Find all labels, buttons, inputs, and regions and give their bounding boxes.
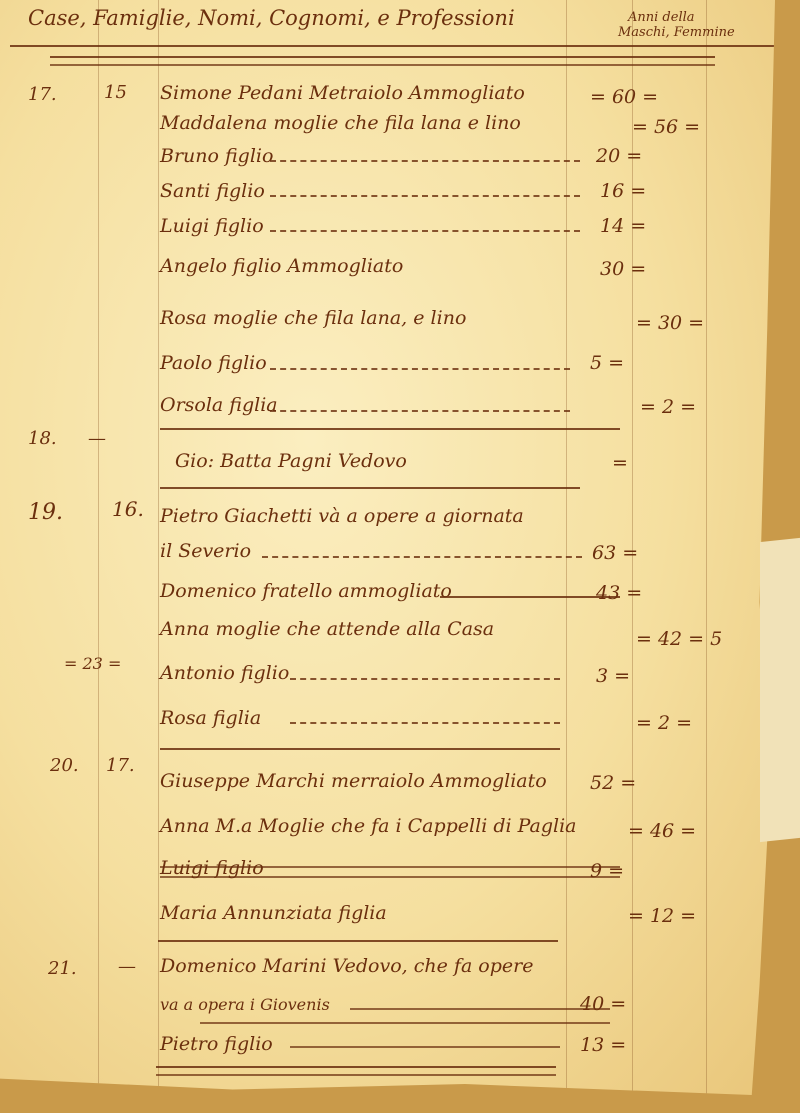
dash-fill xyxy=(350,1008,610,1010)
column-rule xyxy=(706,0,707,1095)
header-rule xyxy=(50,64,715,66)
entry-age-female: = 42 = 5 xyxy=(636,628,722,650)
closing-rule xyxy=(156,1074,556,1076)
entry-age: 30 = xyxy=(600,258,646,280)
entry-age-female: = 12 = xyxy=(628,905,696,927)
famiglia-number: 16. xyxy=(112,497,144,521)
entry-age-female: = 2 = xyxy=(640,396,696,418)
casa-number: 18. xyxy=(28,428,57,449)
entry-name: Giuseppe Marchi merraiolo Ammogliato xyxy=(160,770,547,792)
entry-age: 13 = xyxy=(580,1034,626,1056)
entry-name: Simone Pedani Metraiolo Ammogliato xyxy=(160,82,525,104)
entry-name: Angelo figlio Ammogliato xyxy=(160,255,403,277)
famiglia-number: — xyxy=(88,428,106,449)
entry-name: Domenico fratello ammogliato xyxy=(160,580,452,602)
entry-name: Paolo figlio xyxy=(160,352,267,374)
closing-rule xyxy=(156,1066,556,1068)
strike-line xyxy=(200,1022,610,1024)
entry-name: Domenico Marini Vedovo, che fa opere xyxy=(160,955,533,977)
dash-fill xyxy=(290,678,560,680)
strike-line xyxy=(160,876,620,878)
column-rule xyxy=(566,0,567,1095)
casa-number: 17. xyxy=(28,84,57,105)
entry-age: = xyxy=(612,452,628,474)
dash-fill xyxy=(270,195,580,197)
dash-fill xyxy=(270,160,580,162)
entry-name: Maria Annunziata figlia xyxy=(160,902,387,924)
household-separator xyxy=(160,428,620,430)
margin-note: = 23 = xyxy=(64,654,121,673)
entry-age: 5 = xyxy=(590,352,624,374)
entry-name: Anna moglie che attende alla Casa xyxy=(160,618,494,640)
entry-name: Anna M.a Moglie che fa i Cappelli di Pag… xyxy=(160,815,577,837)
entry-name: Bruno figlio xyxy=(160,145,273,167)
entry-name: il Severio xyxy=(160,540,251,562)
entry-name: Pietro Giachetti và a opere a giornata xyxy=(160,505,524,527)
entry-age-female: = 56 = xyxy=(632,116,700,138)
entry-name: Pietro figlio xyxy=(160,1033,273,1055)
casa-number: 20. xyxy=(50,755,79,776)
header-rule xyxy=(50,56,715,58)
entry-age: 14 = xyxy=(600,215,646,237)
strike-line xyxy=(160,866,620,868)
entry-name: Rosa figlia xyxy=(160,707,261,729)
age-heading-line2: Maschi, Femmine xyxy=(618,25,735,40)
famiglia-number: 17. xyxy=(106,755,135,776)
entry-age: = 60 = xyxy=(590,86,658,108)
entry-age: 40 = xyxy=(580,993,626,1015)
famiglia-number: 15 xyxy=(104,82,127,103)
entry-name: va a opera i Giovenis xyxy=(160,995,330,1014)
entry-age: 9 = xyxy=(590,860,624,882)
dash-fill xyxy=(262,556,582,558)
column-headings: Case, Famiglie, Nomi, Cognomi, e Profess… xyxy=(28,6,515,30)
entry-age: 20 = xyxy=(596,145,642,167)
entry-age: 16 = xyxy=(600,180,646,202)
entry-name: Orsola figlia xyxy=(160,394,278,416)
dash-fill xyxy=(270,368,570,370)
entry-age-female: = 2 = xyxy=(636,712,692,734)
age-heading-line1: Anni della xyxy=(618,10,735,25)
dash-fill xyxy=(270,230,580,232)
dash-fill xyxy=(270,410,570,412)
household-separator xyxy=(160,748,560,750)
underlying-page-edge xyxy=(760,538,800,842)
household-separator xyxy=(158,940,558,942)
entry-name: Maddalena moglie che fila lana e lino xyxy=(160,112,521,134)
entry-age: 3 = xyxy=(596,665,630,687)
entry-age: 43 = xyxy=(596,582,642,604)
casa-number: 19. xyxy=(28,500,63,525)
manuscript-page: Case, Famiglie, Nomi, Cognomi, e Profess… xyxy=(0,0,775,1095)
strike-line xyxy=(440,596,620,598)
column-rule xyxy=(158,0,159,1095)
entry-age: 63 = xyxy=(592,542,638,564)
entry-name: Luigi figlio xyxy=(160,215,264,237)
dash-fill xyxy=(290,1046,560,1048)
household-separator xyxy=(160,487,580,489)
entry-name: Antonio figlio xyxy=(160,662,289,684)
entry-name: Rosa moglie che fila lana, e lino xyxy=(160,307,466,329)
column-rule xyxy=(98,0,99,1095)
casa-number: 21. xyxy=(48,958,77,979)
entry-age: 52 = xyxy=(590,772,636,794)
dash-fill xyxy=(290,722,560,724)
entry-name: Gio: Batta Pagni Vedovo xyxy=(175,450,407,472)
entry-age-female: = 46 = xyxy=(628,820,696,842)
entry-name: Santi figlio xyxy=(160,180,265,202)
header-rule xyxy=(10,45,780,47)
age-heading: Anni della Maschi, Femmine xyxy=(618,10,735,40)
entry-age-female: = 30 = xyxy=(636,312,704,334)
famiglia-number: — xyxy=(118,956,136,977)
